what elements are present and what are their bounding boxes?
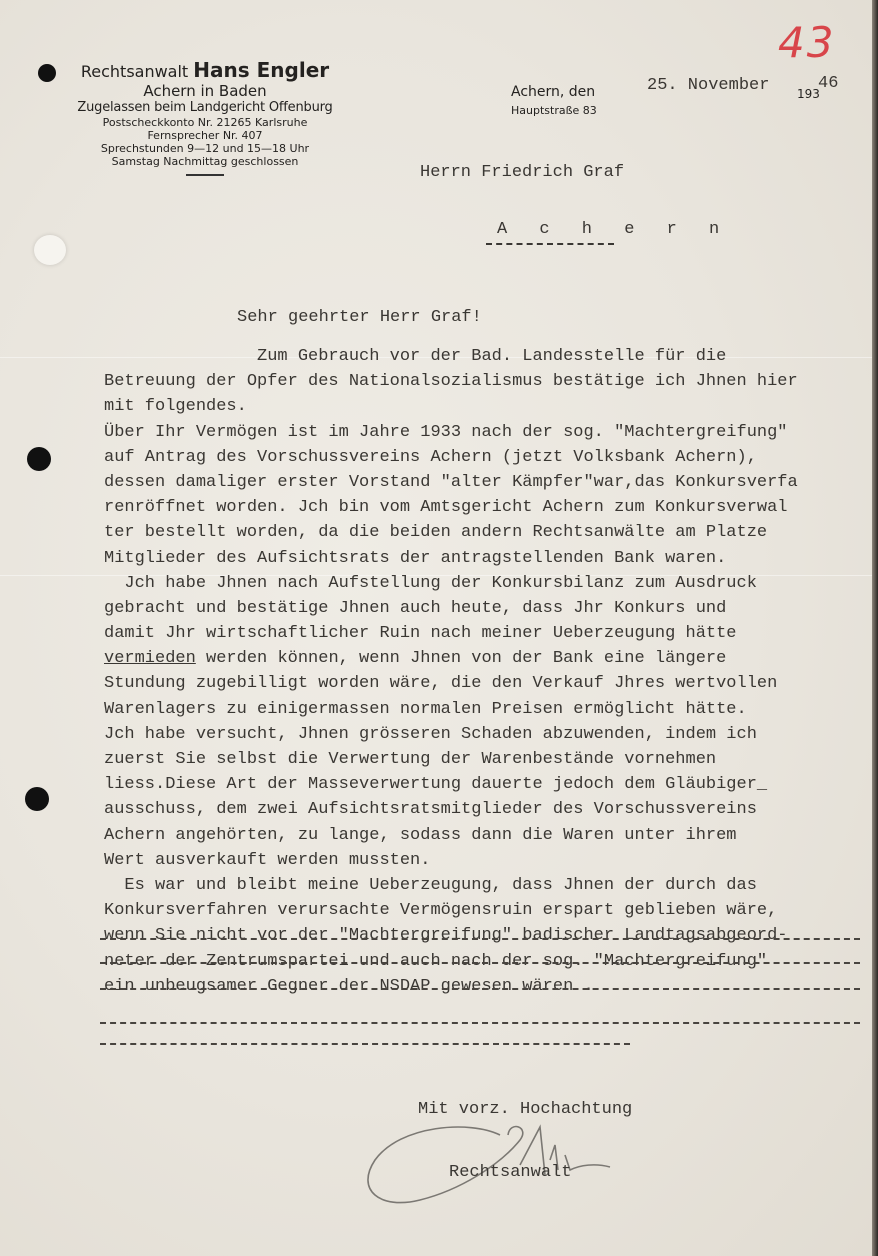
body-line: mit folgendes. (104, 394, 874, 419)
body-line: ter bestellt worden, da die beiden ander… (104, 520, 874, 545)
body-line: renröffnet worden. Jch bin vom Amtsgeric… (104, 495, 874, 520)
year-prefix: 193 (797, 87, 820, 101)
body-line: Es war und bleibt meine Ueberzeugung, da… (104, 873, 874, 898)
body-line: Achern angehörten, zu lange, sodass dann… (104, 823, 874, 848)
emphasis-rule (100, 988, 860, 990)
recipient-city: A c h e r n (497, 220, 730, 239)
body-line: Warenlagers zu einigermassen normalen Pr… (104, 697, 874, 722)
letter-date: 25. November (647, 76, 769, 95)
body-line: damit Jhr wirtschaftlicher Ruin nach mei… (104, 621, 874, 646)
emphasis-rule (100, 962, 860, 964)
emphasis-rule (100, 1022, 860, 1024)
letter-body: Zum Gebrauch vor der Bad. Landesstelle f… (104, 344, 874, 999)
body-line: Konkursverfahren verursachte Vermögensru… (104, 898, 874, 923)
body-line-rest: werden können, wenn Jhnen von der Bank e… (196, 649, 727, 668)
body-line: wenn Sie nicht vor der "Machtergreifung"… (104, 923, 874, 948)
letterhead: Rechtsanwalt Hans Engler Achern in Baden… (55, 58, 355, 176)
body-line: vermieden werden können, wenn Jhnen von … (104, 646, 874, 671)
body-line: Über Ihr Vermögen ist im Jahre 1933 nach… (104, 420, 874, 445)
body-line: ausschuss, dem zwei Aufsichtsratsmitglie… (104, 797, 874, 822)
punch-hole (25, 787, 49, 811)
recipient-underline (486, 243, 614, 245)
postal-account: Postscheckkonto Nr. 21265 Karlsruhe (55, 116, 355, 129)
body-line: gebracht und bestätige Jhnen auch heute,… (104, 596, 874, 621)
lawyer-name: Rechtsanwalt Hans Engler (55, 58, 355, 82)
underlined-word: vermieden (104, 649, 196, 668)
punch-hole (27, 447, 51, 471)
place-street: Hauptstraße 83 (511, 104, 597, 117)
body-line: Mitglieder des Aufsichtsrats der antrags… (104, 546, 874, 571)
body-line: ein unbeugsamer Gegner der NSDAP gewesen… (104, 974, 874, 999)
body-line: Betreuung der Opfer des Nationalsozialis… (104, 369, 874, 394)
letter-page: Rechtsanwalt Hans Engler Achern in Baden… (0, 0, 872, 1256)
scan-edge (872, 0, 878, 1256)
emphasis-rule (100, 938, 860, 940)
lawyer-city: Achern in Baden (55, 82, 355, 100)
body-line: Wert ausverkauft werden mussten. (104, 848, 874, 873)
body-line: Jch habe versucht, Jhnen grösseren Schad… (104, 722, 874, 747)
body-line: Zum Gebrauch vor der Bad. Landesstelle f… (104, 344, 874, 369)
body-line: Jch habe Jhnen nach Aufstellung der Konk… (104, 571, 874, 596)
body-line: zuerst Sie selbst die Verwertung der War… (104, 747, 874, 772)
office-hours: Sprechstunden 9—12 und 15—18 Uhr (55, 142, 355, 155)
place-city: Achern, den (511, 84, 597, 100)
torn-punch-hole (34, 235, 66, 265)
saturday-note: Samstag Nachmittag geschlossen (55, 155, 355, 168)
body-line: liess.Diese Art der Masseverwertung daue… (104, 772, 874, 797)
body-line: dessen damaliger erster Vorstand "alter … (104, 470, 874, 495)
emphasis-rule (100, 1043, 630, 1045)
place-block: Achern, den Hauptstraße 83 (511, 84, 597, 117)
year-suffix: 46 (818, 74, 838, 93)
recipient-name: Herrn Friedrich Graf (420, 163, 624, 182)
body-line: auf Antrag des Vorschussvereins Achern (… (104, 445, 874, 470)
salutation: Sehr geehrter Herr Graf! (237, 308, 482, 327)
punch-hole (38, 64, 56, 82)
archive-number-mark: 43 (778, 18, 835, 67)
court-admission: Zugelassen beim Landgericht Offenburg (55, 100, 355, 116)
body-line: Stundung zugebilligt worden wäre, die de… (104, 671, 874, 696)
letterhead-rule (186, 174, 224, 176)
phone-number: Fernsprecher Nr. 407 (55, 129, 355, 142)
signature-role: Rechtsanwalt (449, 1163, 571, 1182)
